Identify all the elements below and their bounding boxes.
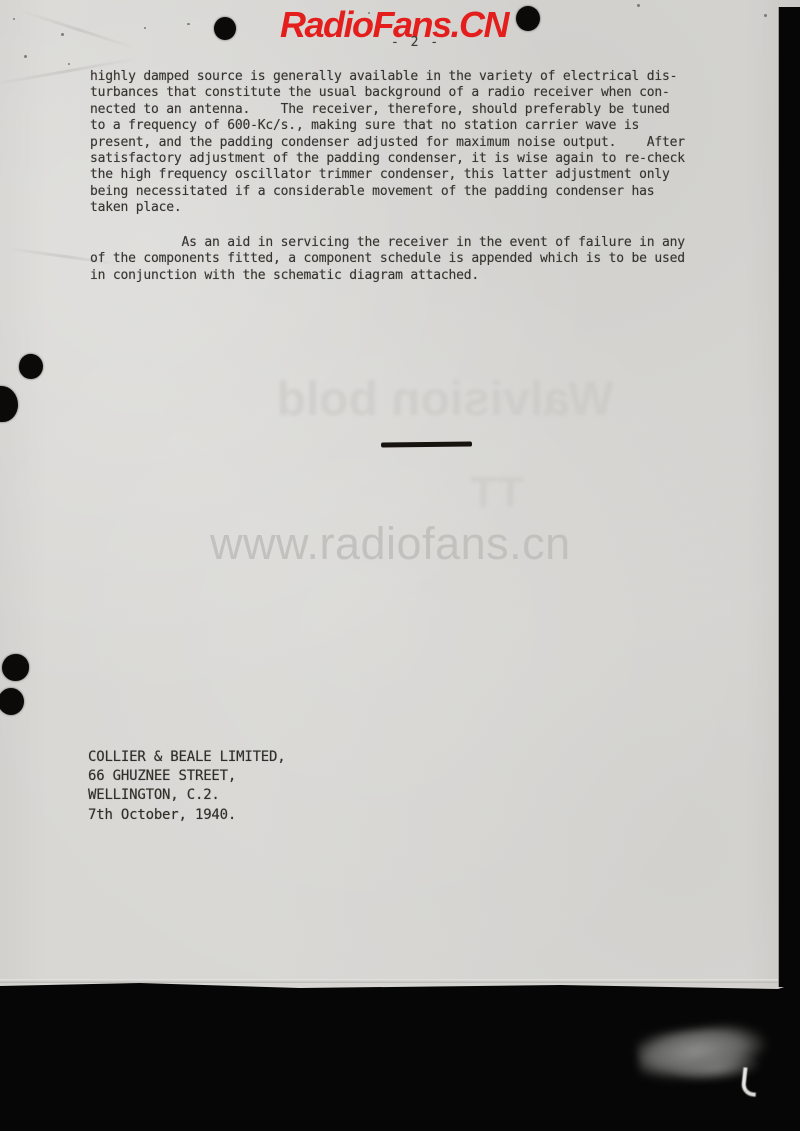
page-number: - 2 - (391, 35, 440, 51)
paper-speck (637, 4, 640, 7)
hole-punch-dot (214, 17, 236, 40)
paper-speck (187, 23, 190, 25)
body-paragraph-2: As an aid in servicing the receiver in t… (90, 235, 685, 284)
bleed-through-symbol: TT (470, 468, 524, 518)
hole-punch-dot (17, 352, 46, 381)
signature-street: 66 GHUZNEE STREET, (88, 768, 236, 784)
paper-speck (13, 18, 15, 20)
paper-speck (764, 14, 767, 17)
scanned-paper-sheet: Walvision bold TT www.radiofans.cn Radio… (0, 0, 800, 1131)
separator-dash (381, 442, 472, 447)
paper-crease (20, 10, 135, 50)
paper-speck (24, 55, 27, 58)
bleed-through-text: Walvision bold (255, 372, 635, 427)
signature-company: COLLIER & BEALE LIMITED, (88, 749, 286, 765)
hole-punch-dot (516, 6, 540, 31)
paper-speck (61, 33, 64, 36)
paper-speck (144, 27, 146, 29)
hole-punch-dot (0, 386, 18, 422)
paper-bottom-edge-highlight (0, 979, 779, 983)
body-paragraph-1: highly damped source is generally availa… (90, 69, 685, 217)
signature-block: COLLIER & BEALE LIMITED, 66 GHUZNEE STRE… (88, 748, 286, 825)
site-watermark: www.radiofans.cn (210, 518, 571, 570)
signature-date: 7th October, 1940. (88, 807, 236, 823)
hole-punch-dot (0, 688, 24, 715)
paper-speck (68, 63, 70, 65)
signature-city: WELLINGTON, C.2. (88, 787, 220, 803)
hole-punch-dot (2, 654, 29, 681)
scan-edge-right (778, 7, 800, 987)
